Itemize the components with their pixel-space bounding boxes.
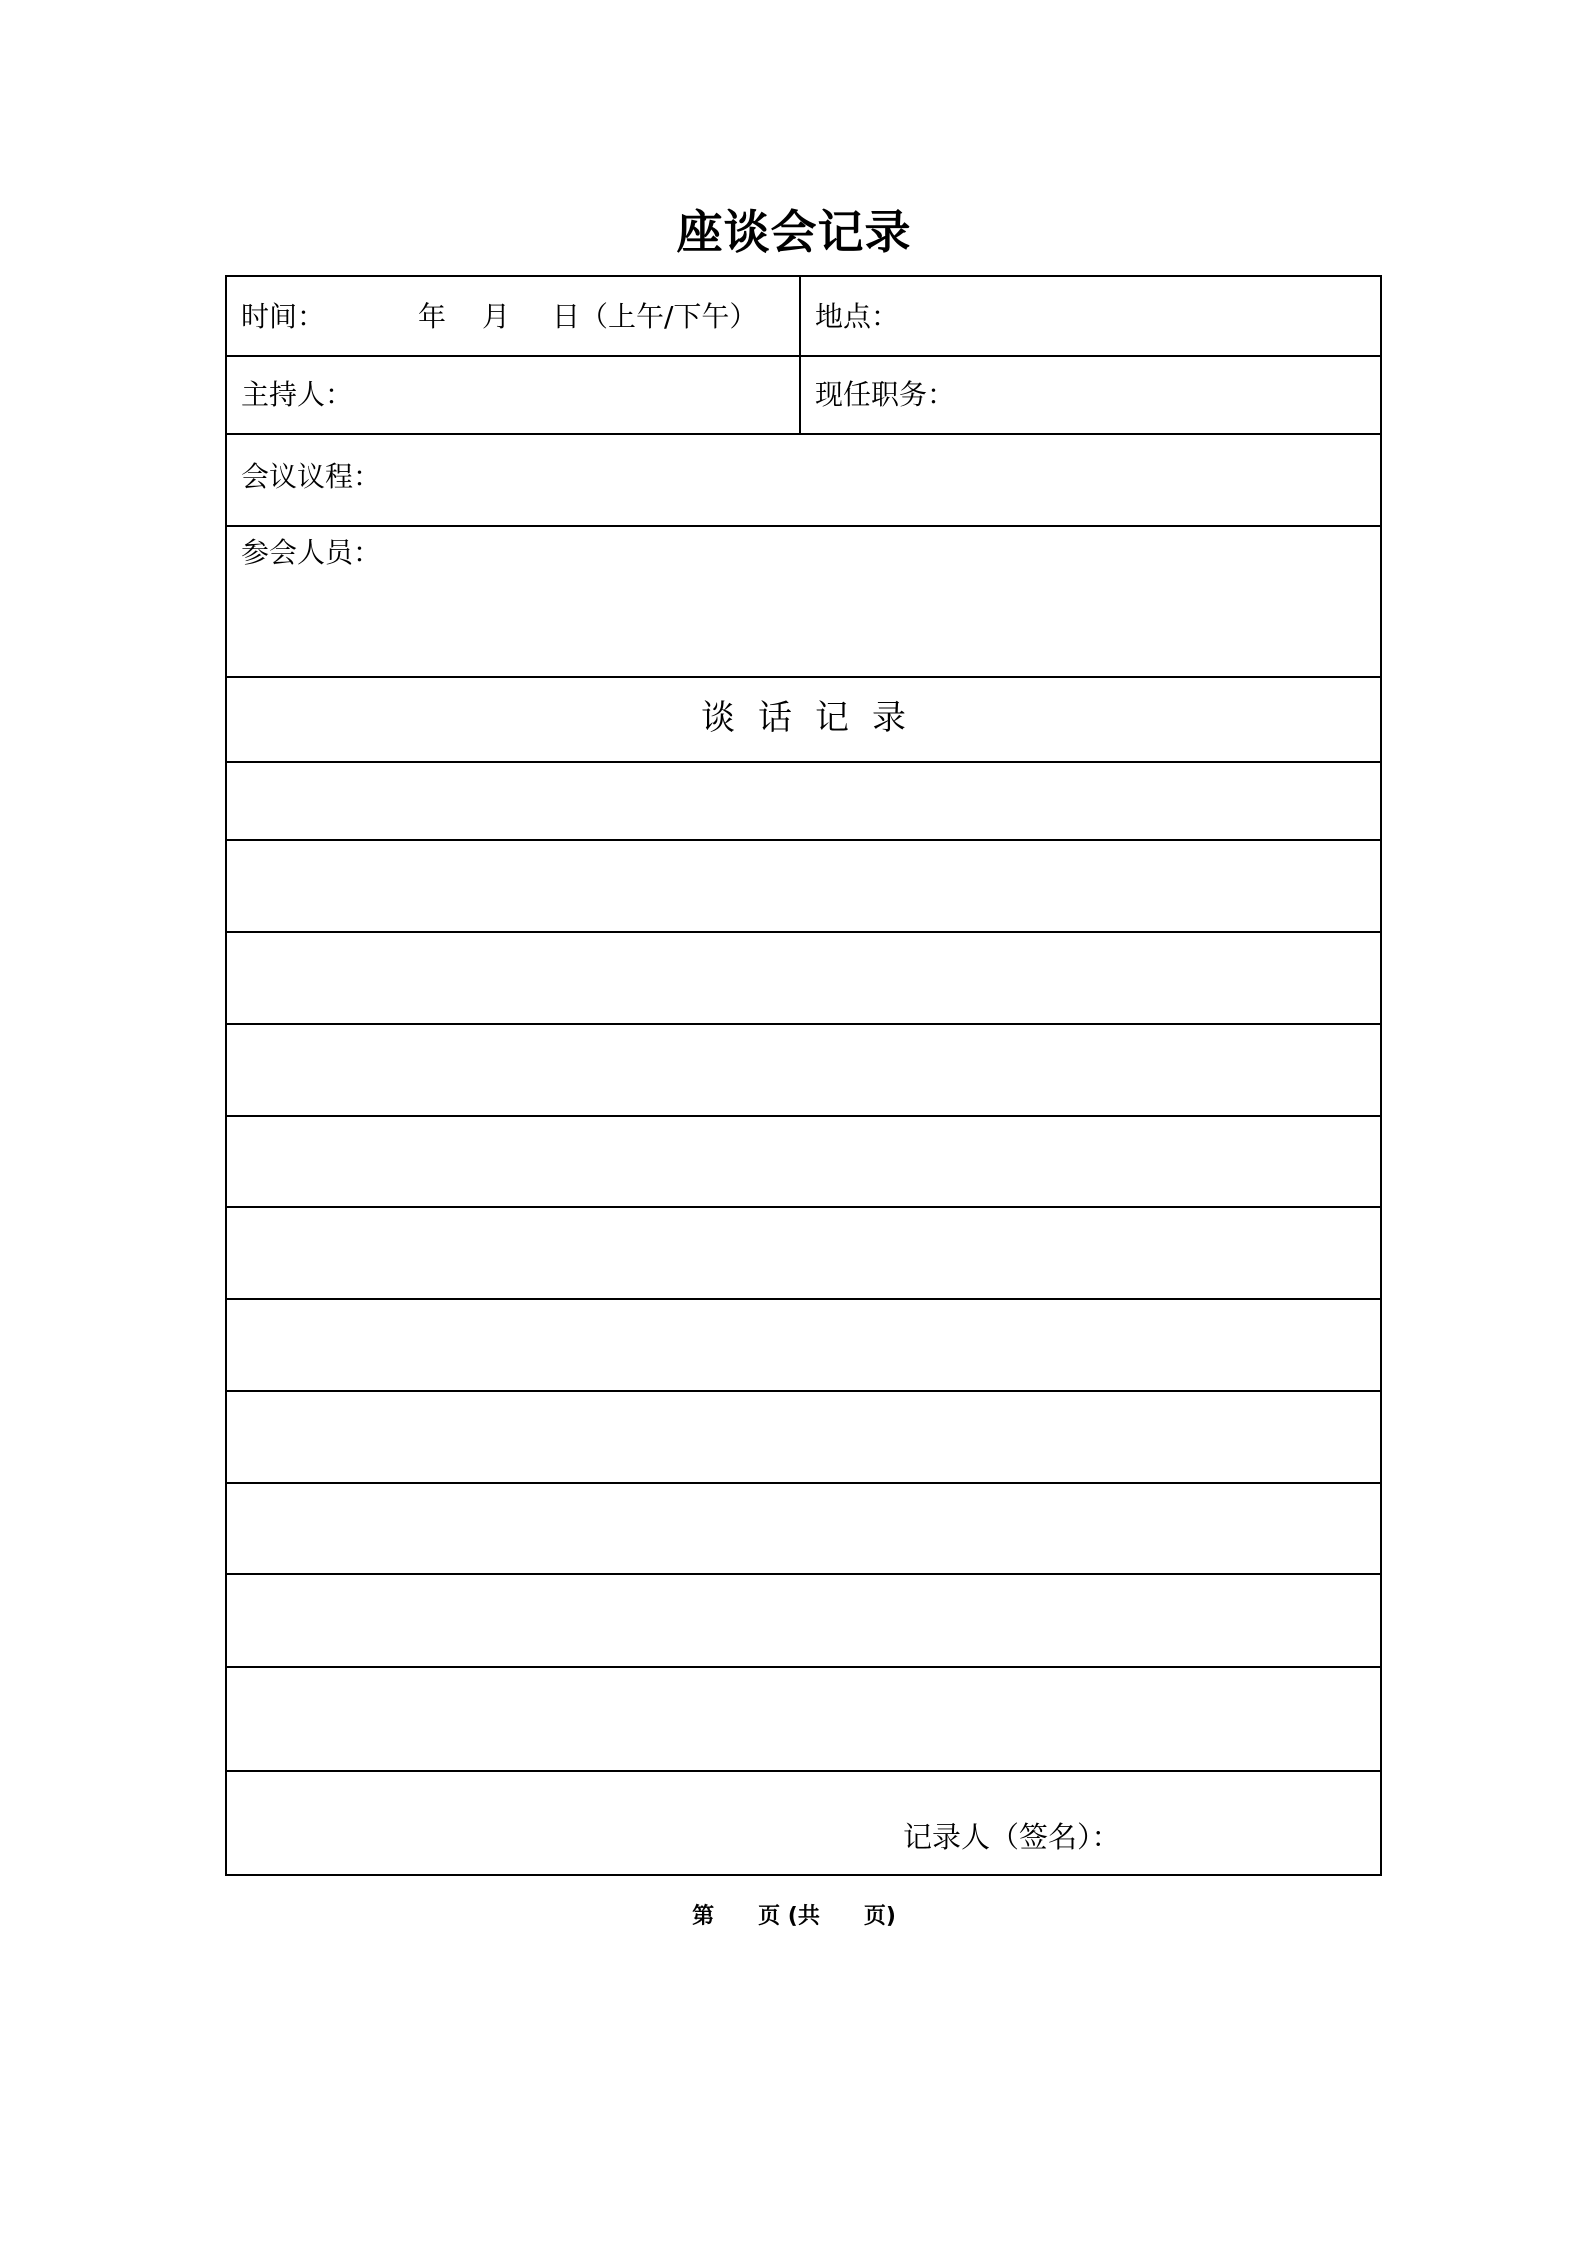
section-title-cell: 谈话记录 <box>227 676 1380 761</box>
row-recorder-signature[interactable]: 记录人（签名）： <box>227 1770 1380 1876</box>
day-ampm-label: 日（上午/下午） <box>552 301 757 333</box>
document-title: 座谈会记录 <box>0 204 1588 260</box>
row-time-location: 时间： 年 月 日（上午/下午） 地点： <box>227 277 1380 357</box>
month-label: 月 <box>482 301 510 333</box>
row-attendees: 参会人员： <box>227 525 1380 678</box>
section-title: 谈话记录 <box>227 698 1380 738</box>
meeting-record-form: 时间： 年 月 日（上午/下午） 地点： 主持人： 现任职务： 会议议程： 参会… <box>225 275 1382 1876</box>
year-label: 年 <box>418 301 446 333</box>
record-row-5[interactable] <box>227 1115 1380 1208</box>
recorder-signature-label: 记录人（签名）： <box>903 1820 1121 1854</box>
attendees-cell[interactable]: 参会人员： <box>227 525 1380 676</box>
agenda-cell[interactable]: 会议议程： <box>227 435 1380 525</box>
host-label: 主持人： <box>241 379 353 411</box>
host-cell[interactable]: 主持人： <box>227 355 801 433</box>
record-row-4[interactable] <box>227 1023 1380 1117</box>
attendees-label: 参会人员： <box>241 537 381 569</box>
time-label: 时间： <box>241 301 325 333</box>
record-row-1[interactable] <box>227 761 1380 841</box>
record-row-3[interactable] <box>227 931 1380 1025</box>
record-row-9[interactable] <box>227 1482 1380 1575</box>
record-row-8[interactable] <box>227 1390 1380 1484</box>
position-cell[interactable]: 现任职务： <box>801 355 1380 433</box>
location-cell[interactable]: 地点： <box>801 277 1380 355</box>
position-label: 现任职务： <box>815 379 955 411</box>
time-cell[interactable]: 时间： 年 月 日（上午/下午） <box>227 277 801 355</box>
record-row-6[interactable] <box>227 1206 1380 1300</box>
agenda-label: 会议议程： <box>241 461 381 493</box>
record-row-7[interactable] <box>227 1298 1380 1392</box>
record-row-2[interactable] <box>227 839 1380 933</box>
record-row-10[interactable] <box>227 1573 1380 1668</box>
row-section-title: 谈话记录 <box>227 676 1380 763</box>
row-agenda: 会议议程： <box>227 435 1380 527</box>
location-label: 地点： <box>815 301 899 333</box>
page-number-footer: 第 页 (共 页) <box>0 1903 1588 1931</box>
row-host-position: 主持人： 现任职务： <box>227 355 1380 435</box>
record-row-11[interactable] <box>227 1666 1380 1772</box>
